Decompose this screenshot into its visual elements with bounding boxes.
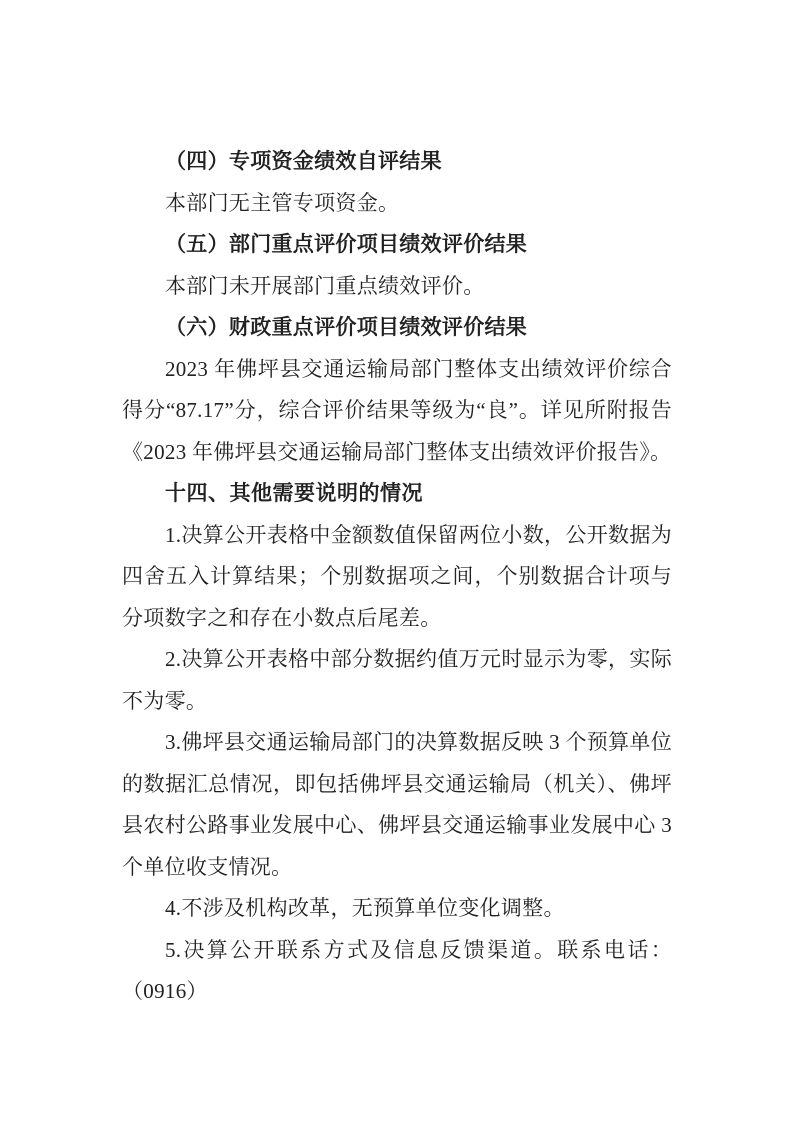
paragraph: 3.佛坪县交通运输局部门的决算数据反映 3 个预算单位的数据汇总情况，即包括佛坪… <box>122 722 672 888</box>
paragraph: 5.决算公开联系方式及信息反馈渠道。联系电话：（0916） <box>122 930 672 1013</box>
document-content: （四）专项资金绩效自评结果本部门无主管专项资金。（五）部门重点评价项目绩效评价结… <box>122 141 672 1013</box>
paragraph: 本部门未开展部门重点绩效评价。 <box>122 266 672 308</box>
sub-section-heading: （六）财政重点评价项目绩效评价结果 <box>122 307 672 349</box>
paragraph: 2023 年佛坪县交通运输局部门整体支出绩效评价综合得分“87.17”分，综合评… <box>122 349 672 474</box>
section-heading: 十四、其他需要说明的情况 <box>122 473 672 515</box>
document-page: （四）专项资金绩效自评结果本部门无主管专项资金。（五）部门重点评价项目绩效评价结… <box>0 0 792 1121</box>
paragraph: 4.不涉及机构改革，无预算单位变化调整。 <box>122 888 672 930</box>
paragraph: 2.决算公开表格中部分数据约值万元时显示为零，实际不为零。 <box>122 639 672 722</box>
sub-section-heading: （五）部门重点评价项目绩效评价结果 <box>122 224 672 266</box>
paragraph: 1.决算公开表格中金额数值保留两位小数，公开数据为四舍五入计算结果；个别数据项之… <box>122 515 672 640</box>
paragraph: 本部门无主管专项资金。 <box>122 183 672 225</box>
sub-section-heading: （四）专项资金绩效自评结果 <box>122 141 672 183</box>
